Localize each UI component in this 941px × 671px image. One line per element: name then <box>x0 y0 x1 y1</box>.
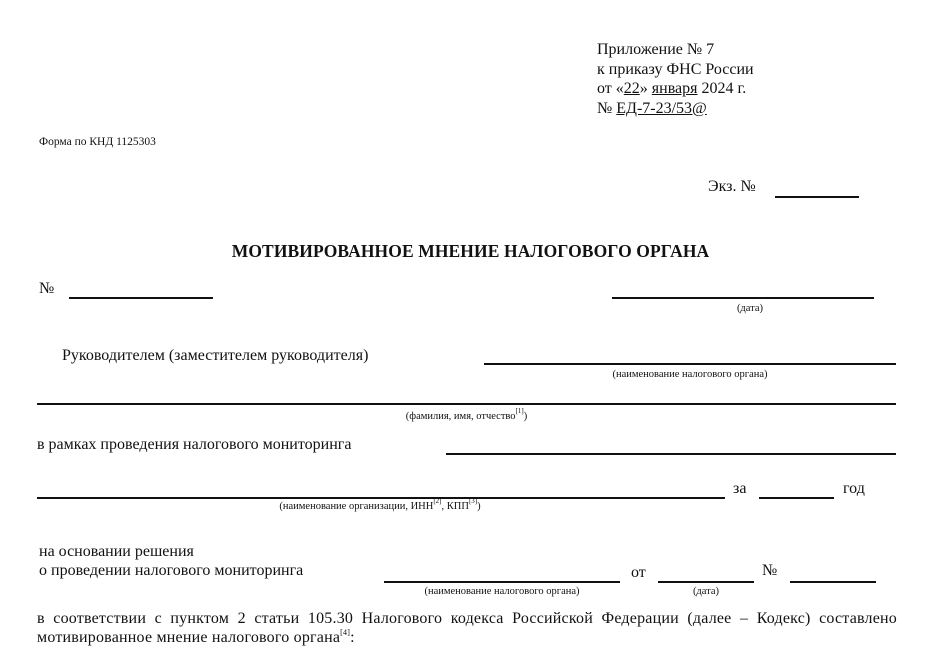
number-label: № <box>39 280 54 298</box>
paragraph-end: : <box>350 629 355 646</box>
document-title: МОТИВИРОВАННОЕ МНЕНИЕ НАЛОГОВОГО ОРГАНА <box>0 241 941 262</box>
paragraph-text: в соответствии с пунктом 2 статьи 105.30… <box>37 610 897 646</box>
footnote-ref-2[interactable]: [2] <box>433 497 441 505</box>
monitoring-field[interactable] <box>446 453 896 455</box>
org-caption-text: (наименование организации, ИНН <box>279 501 433 512</box>
fio-field[interactable] <box>37 403 896 405</box>
organization-caption: (наименование организации, ИНН[2], КПП[3… <box>200 501 560 512</box>
copy-number-label: Экз. № <box>708 178 756 196</box>
decision-label-line-2: о проведении налогового мониторинга <box>39 562 303 580</box>
appendix-block: Приложение № 7 к приказу ФНС России от «… <box>597 40 754 118</box>
date-prefix: от « <box>597 80 624 97</box>
appendix-line-1: Приложение № 7 <box>597 40 754 60</box>
decision-date-caption: (дата) <box>658 586 754 597</box>
fio-caption-text: (фамилия, имя, отчество <box>406 411 516 422</box>
appendix-line-2: к приказу ФНС России <box>597 60 754 80</box>
document-number-field[interactable] <box>69 297 213 299</box>
decision-authority-caption: (наименование налогового органа) <box>384 586 620 597</box>
copy-number-field[interactable] <box>775 196 859 198</box>
year-field[interactable] <box>759 497 834 499</box>
decision-label-line-1: на основании решения <box>39 543 194 561</box>
document-date-field[interactable] <box>612 297 874 299</box>
appendix-number-line: № ЕД-7-23/53@ <box>597 99 754 119</box>
from-label: от <box>631 564 646 582</box>
form-code: Форма по КНД 1125303 <box>39 136 156 148</box>
appendix-date-line: от «22» января 2024 г. <box>597 79 754 99</box>
order-day: 22 <box>624 80 640 97</box>
order-year: 2024 г. <box>698 80 747 97</box>
order-number: ЕД-7-23/53@ <box>616 100 707 117</box>
decision-number-field[interactable] <box>790 581 876 583</box>
for-label: за <box>733 480 746 498</box>
tax-authority-caption: (наименование налогового органа) <box>484 369 896 380</box>
org-caption-kpp: , КПП <box>442 501 469 512</box>
monitoring-label: в рамках проведения налогового мониторин… <box>37 436 351 454</box>
year-label: год <box>843 480 865 498</box>
footnote-ref-3[interactable]: [3] <box>469 497 477 505</box>
order-month: января <box>652 80 698 97</box>
legal-basis-paragraph: в соответствии с пунктом 2 статьи 105.30… <box>37 609 897 647</box>
date-mid: » <box>640 80 652 97</box>
number-sign: № <box>597 100 616 117</box>
decision-number-label: № <box>762 562 777 580</box>
date-caption: (дата) <box>700 303 800 314</box>
footnote-ref-4[interactable]: [4] <box>340 628 350 637</box>
head-label: Руководителем (заместителем руководителя… <box>62 347 368 365</box>
decision-date-field[interactable] <box>658 581 754 583</box>
org-caption-end: ) <box>477 501 481 512</box>
fio-caption: (фамилия, имя, отчество[1]) <box>37 411 896 422</box>
organization-field[interactable] <box>37 497 725 499</box>
decision-authority-field[interactable] <box>384 581 620 583</box>
footnote-ref-1[interactable]: [1] <box>516 407 524 415</box>
fio-caption-end: ) <box>524 411 528 422</box>
tax-authority-field[interactable] <box>484 363 896 365</box>
